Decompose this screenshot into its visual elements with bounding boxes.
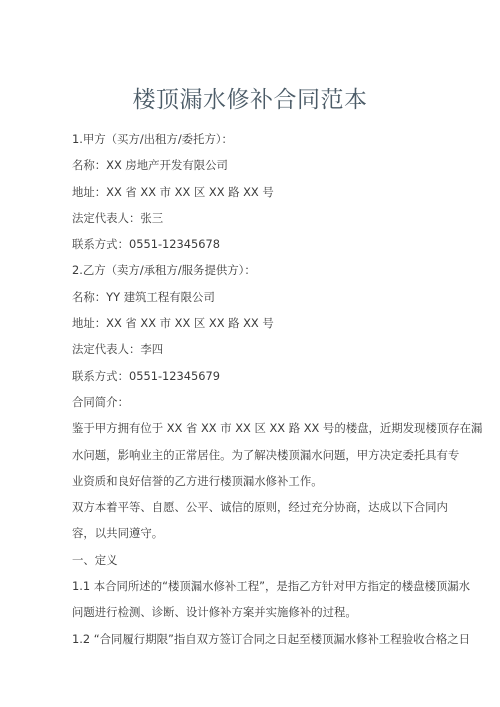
party-b-contact: 联系方式：0551-12345679 [72,363,432,389]
intro-paragraph-1: 鉴于甲方拥有位于 XX 省 XX 市 XX 区 XX 路 XX 号的楼盘，近期发… [72,415,432,494]
party-b-name: 名称：YY 建筑工程有限公司 [72,284,432,310]
party-a-representative: 法定代表人：张三 [72,205,432,231]
intro-heading: 合同简介： [72,389,432,415]
party-a-address: 地址：XX 省 XX 市 XX 区 XX 路 XX 号 [72,179,432,205]
clause-1-1-line: 问题进行检测、诊断、设计修补方案并实施修补的过程。 [72,599,432,625]
document-page: 楼顶漏水修补合同范本 1.甲方（买方/出租方/委托方）： 名称：XX 房地产开发… [0,0,500,707]
intro-paragraph-1-line: 水问题，影响业主的正常居住。为了解决楼顶漏水问题，甲方决定委托具有专 [72,442,432,468]
clause-1-2-line: 1.2 “合同履行期限”指自双方签订合同之日起至楼顶漏水修补工程验收合格之日 [72,626,432,652]
clause-1-1-line: 1.1 本合同所述的“楼顶漏水修补工程”，是指乙方针对甲方指定的楼盘楼顶漏水 [72,573,432,599]
party-a-heading: 1.甲方（买方/出租方/委托方）： [72,126,432,152]
intro-paragraph-2-line: 容，以共同遵守。 [72,520,432,546]
document-title: 楼顶漏水修补合同范本 [0,84,500,116]
party-b-representative: 法定代表人：李四 [72,336,432,362]
intro-paragraph-2-line: 双方本着平等、自愿、公平、诚信的原则，经过充分协商，达成以下合同内 [72,494,432,520]
clause-1-2: 1.2 “合同履行期限”指自双方签订合同之日起至楼顶漏水修补工程验收合格之日 [72,626,432,652]
intro-paragraph-1-line: 鉴于甲方拥有位于 XX 省 XX 市 XX 区 XX 路 XX 号的楼盘，近期发… [72,415,432,441]
party-b-address: 地址：XX 省 XX 市 XX 区 XX 路 XX 号 [72,310,432,336]
party-a-name: 名称：XX 房地产开发有限公司 [72,152,432,178]
intro-paragraph-1-line: 业资质和良好信誉的乙方进行楼顶漏水修补工作。 [72,468,432,494]
party-b-heading: 2.乙方（卖方/承租方/服务提供方）： [72,257,432,283]
section-1-heading: 一、定义 [72,547,432,573]
intro-paragraph-2: 双方本着平等、自愿、公平、诚信的原则，经过充分协商，达成以下合同内 容，以共同遵… [72,494,432,547]
document-body: 1.甲方（买方/出租方/委托方）： 名称：XX 房地产开发有限公司 地址：XX … [72,126,432,652]
party-a-contact: 联系方式：0551-12345678 [72,231,432,257]
clause-1-1: 1.1 本合同所述的“楼顶漏水修补工程”，是指乙方针对甲方指定的楼盘楼顶漏水 问… [72,573,432,626]
